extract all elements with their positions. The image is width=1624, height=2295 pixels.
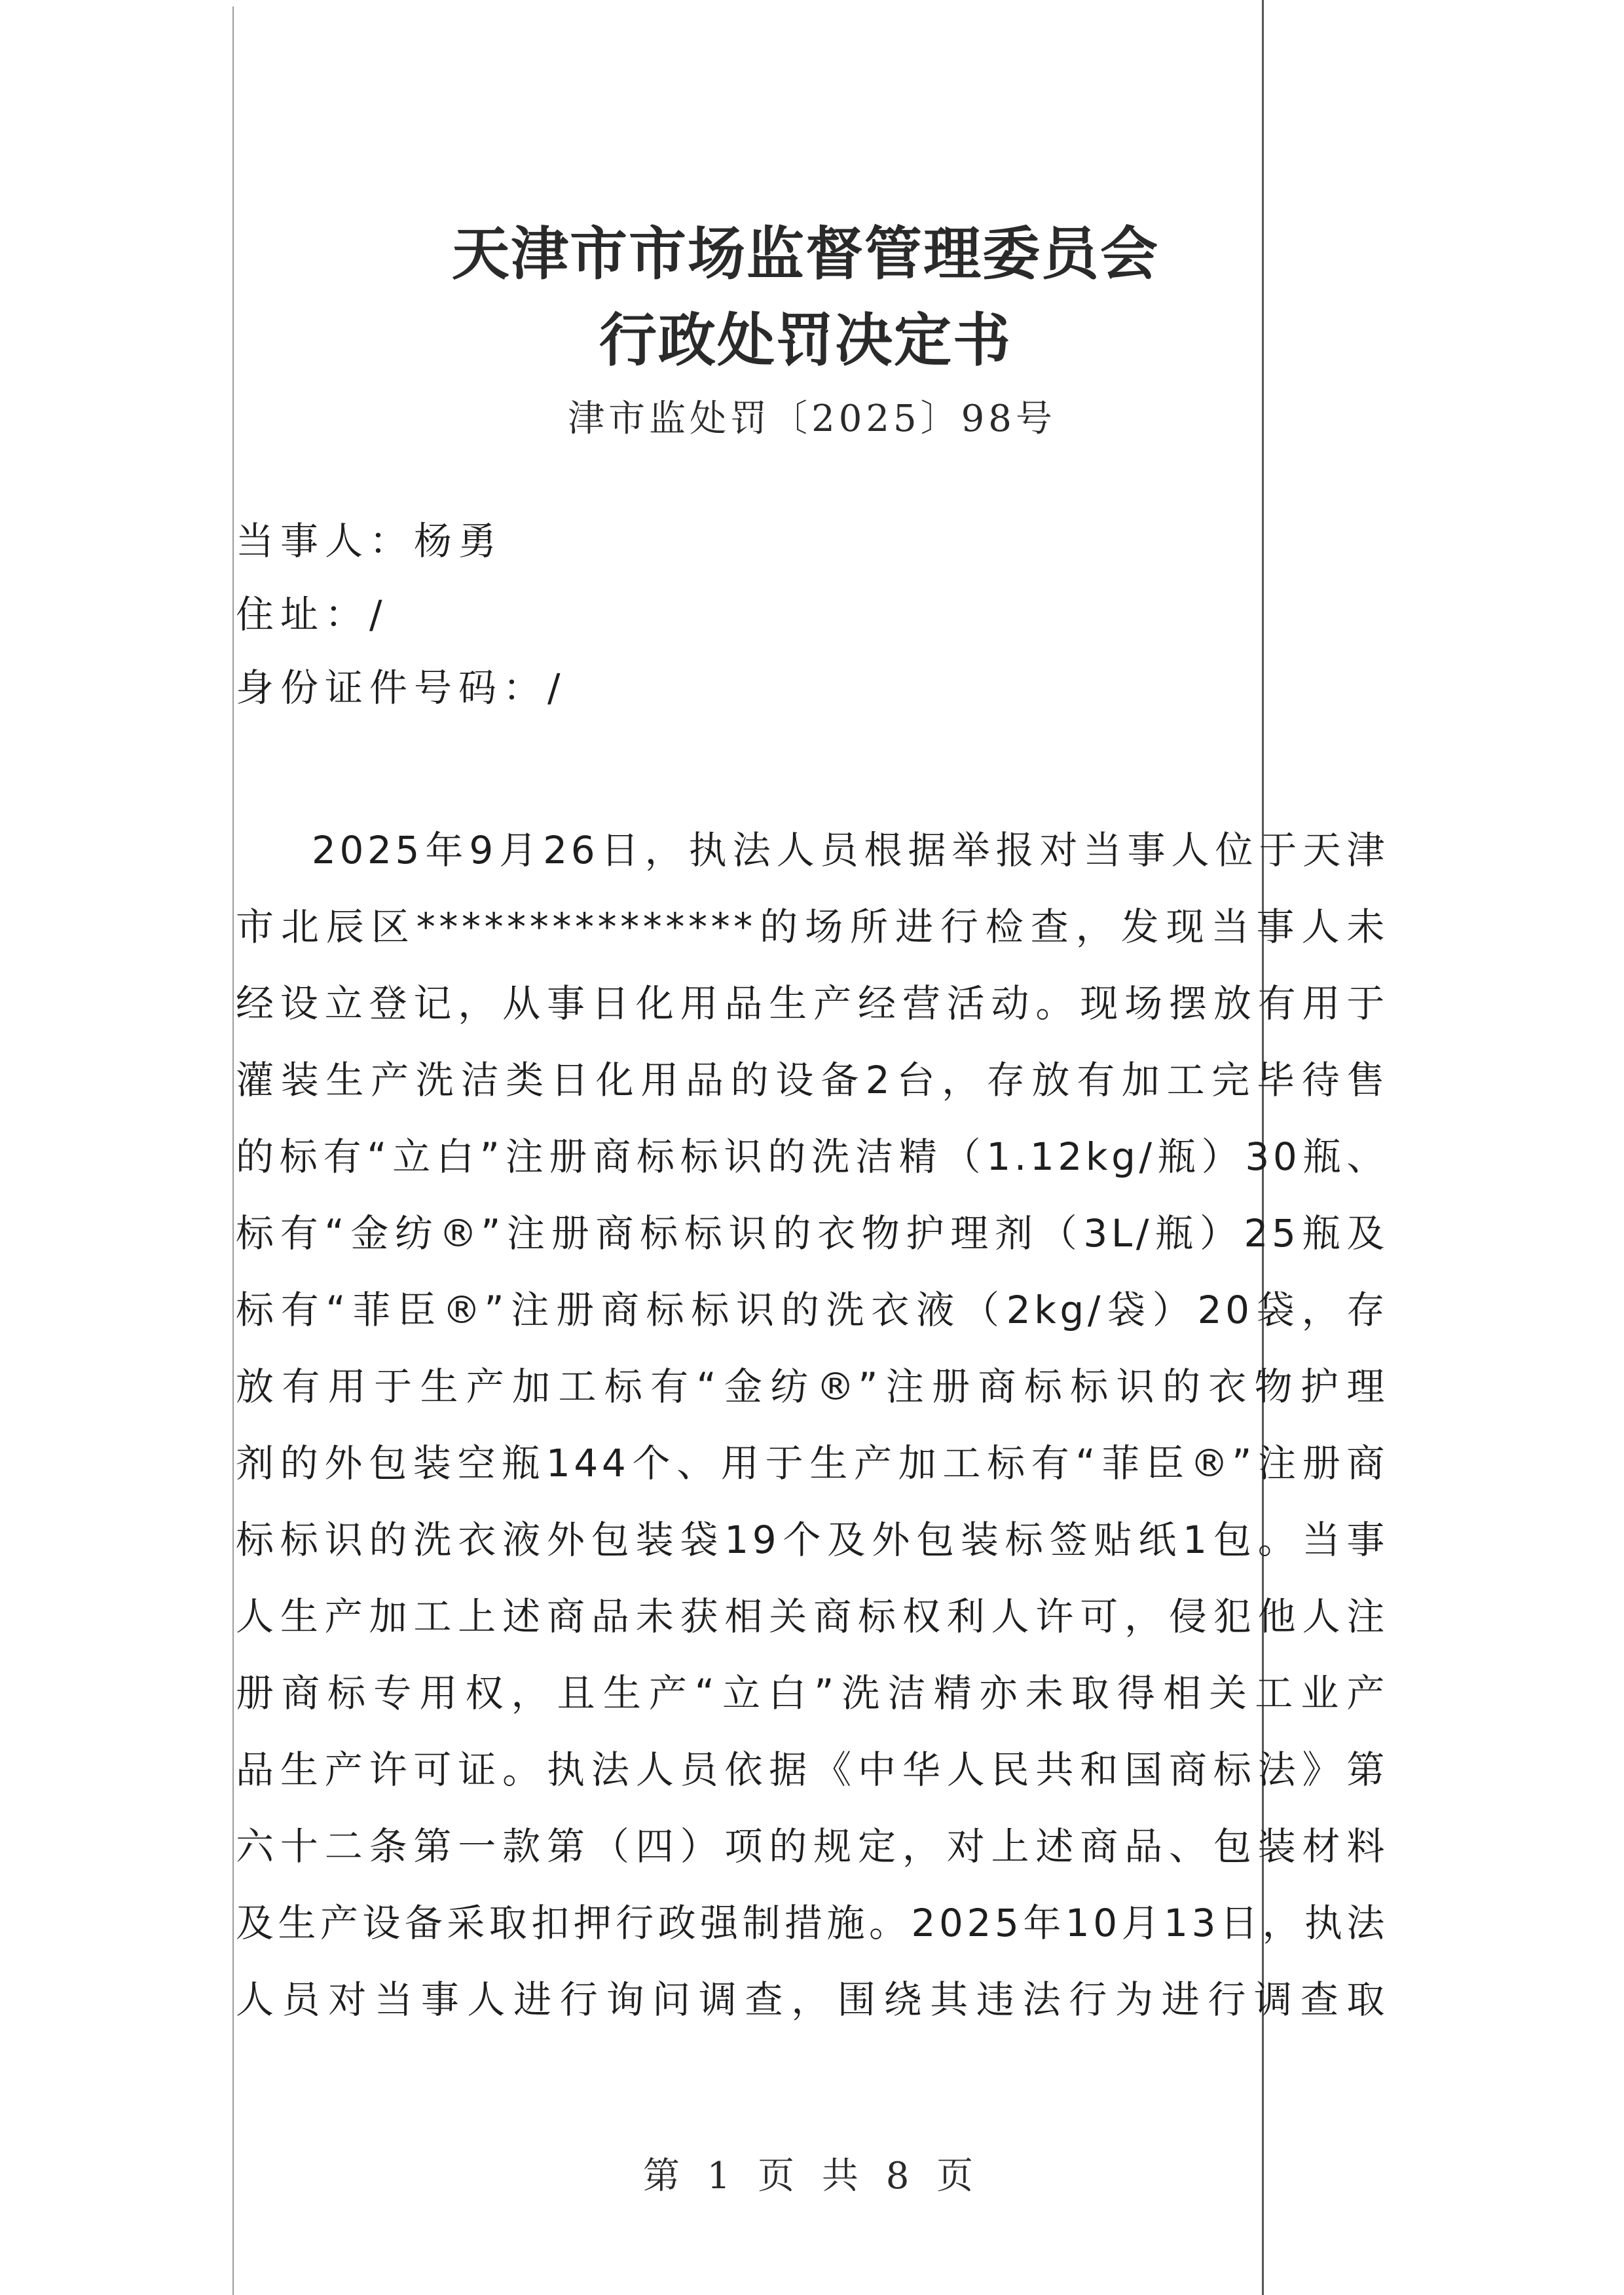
party-address-label: 住址： — [236, 592, 369, 637]
body-line: 2025年9月26日，执法人员根据举报对当事人位于天津 — [236, 812, 1388, 889]
body-line: 标有“菲臣®”注册商标标识的洗衣液（2kg/袋）20袋，存 — [236, 1272, 1388, 1349]
party-address-row: 住址：/ — [236, 578, 567, 651]
party-id-label: 身份证件号码： — [236, 665, 547, 710]
body-line: 品生产许可证。执法人员依据《中华人民共和国商标法》第 — [236, 1732, 1388, 1808]
body-line: 人生产加工上述商品未获相关商标权利人许可，侵犯他人注 — [236, 1578, 1388, 1655]
page-indicator: 第 1 页 共 8 页 — [0, 2147, 1624, 2199]
body-line: 标标识的洗衣液外包装袋19个及外包装标签贴纸1包。当事 — [236, 1502, 1388, 1578]
case-facts-paragraph: 2025年9月26日，执法人员根据举报对当事人位于天津 市北辰区********… — [236, 812, 1388, 2038]
body-line: 灌装生产洗洁类日化用品的设备2台，存放有加工完毕待售 — [236, 1042, 1388, 1119]
body-line: 及生产设备采取扣押行政强制措施。2025年10月13日，执法 — [236, 1885, 1388, 1962]
body-line: 市北辰区***************的场所进行检查，发现当事人未 — [236, 889, 1388, 965]
body-line: 放有用于生产加工标有“金纺®”注册商标标识的衣物护理 — [236, 1349, 1388, 1425]
party-id-value: / — [547, 665, 567, 710]
body-line: 的标有“立白”注册商标标识的洗洁精（1.12kg/瓶）30瓶、 — [236, 1119, 1388, 1195]
document-title-type: 行政处罚决定书 — [0, 295, 1617, 377]
document-title-agency: 天津市市场监督管理委员会 — [0, 208, 1617, 291]
body-line: 册商标专用权，且生产“立白”洗洁精亦未取得相关工业产 — [236, 1655, 1388, 1732]
body-line: 标有“金纺®”注册商标标识的衣物护理剂（3L/瓶）25瓶及 — [236, 1195, 1388, 1272]
party-name-row: 当事人：杨勇 — [236, 504, 567, 578]
party-name-value: 杨勇 — [414, 519, 503, 563]
party-info: 当事人：杨勇 住址：/ 身份证件号码：/ — [236, 504, 567, 724]
party-id-row: 身份证件号码：/ — [236, 651, 567, 724]
document-number: 津市监处罚〔2025〕98号 — [0, 390, 1624, 442]
body-line: 人员对当事人进行询问调查，围绕其违法行为进行调查取 — [236, 1962, 1388, 2038]
body-line: 剂的外包装空瓶144个、用于生产加工标有“菲臣®”注册商 — [236, 1425, 1388, 1502]
body-line: 经设立登记，从事日化用品生产经营活动。现场摆放有用于 — [236, 965, 1388, 1042]
party-name-label: 当事人： — [236, 519, 414, 563]
body-line: 六十二条第一款第（四）项的规定，对上述商品、包装材料 — [236, 1808, 1388, 1885]
party-address-value: / — [369, 592, 389, 637]
